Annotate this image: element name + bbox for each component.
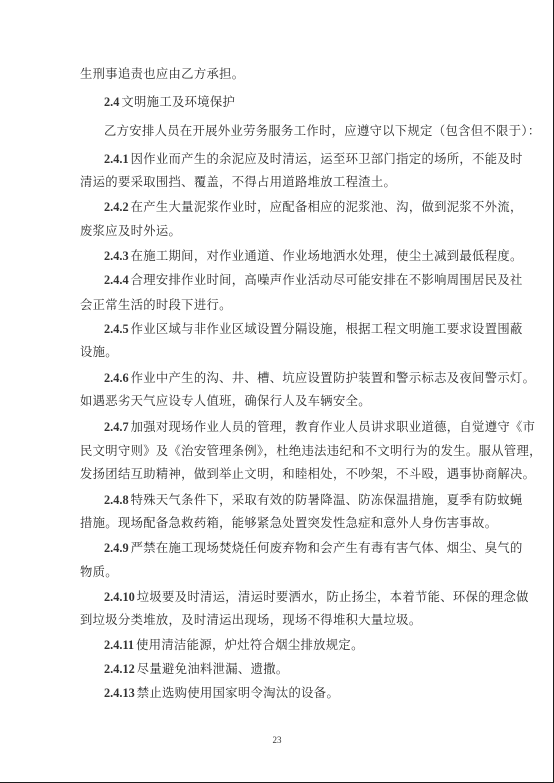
text-line: 发扬团结互助精神，做到举止文明，和睦相处，不吵架，不斗殴，遇事协商解决。 <box>80 466 474 482</box>
line-text: 加强对现场作业人员的管理，教育作业人员讲求职业道德，自觉遵守《市 <box>131 420 536 434</box>
text-line: 会正常生活的时段下进行。 <box>80 297 474 313</box>
text-line: 废浆应及时外运。 <box>80 223 474 239</box>
line-text: 措施。现场配备急救药箱，能够紧急处置突发性急症和意外人身伤害事故。 <box>80 516 497 530</box>
text-line: 清运的要采取围挡、覆盖，不得占用道路堆放工程渣土。 <box>80 174 474 190</box>
clause-number: 2.4.2 <box>104 200 129 214</box>
clause-number: 2.4 <box>104 95 119 109</box>
line-text: 合理安排作业时间，高噪声作业活动尽可能安排在不影响周围居民及社 <box>131 273 523 287</box>
clause-number: 2.4.11 <box>104 638 134 652</box>
clause-number: 2.4.4 <box>104 273 129 287</box>
line-text: 使用清洁能源，炉灶符合烟尘排放规定。 <box>136 638 364 652</box>
clause-line: 2.4.6作业中产生的沟、井、槽、坑应设置防护装置和警示标志及夜间警示灯。 <box>104 370 474 386</box>
clause-line: 2.4.3在施工期间，对作业通道、作业场地洒水处理，使尘土减到最低程度。 <box>104 248 474 264</box>
text-line: 生刑事追责也应由乙方承担。 <box>80 66 474 82</box>
clause-line: 2.4文明施工及环境保护 <box>104 94 474 110</box>
text-line: 措施。现场配备急救药箱，能够紧急处置突发性急症和意外人身伤害事故。 <box>80 515 474 531</box>
clause-line: 2.4.11使用清洁能源，炉灶符合烟尘排放规定。 <box>104 637 474 653</box>
line-text: 特殊天气条件下，采取有效的防暑降温、防冻保温措施，夏季有防蚊蝇 <box>131 493 523 507</box>
text-line: 设施。 <box>80 344 474 360</box>
line-text: 清运的要采取围挡、覆盖，不得占用道路堆放工程渣土。 <box>80 175 396 189</box>
line-text: 垃圾要及时清运，清运时要洒水，防止扬尘，本着节能、环保的理念做 <box>137 590 529 604</box>
line-text: 作业区域与非作业区域设置分隔设施，根据工程文明施工要求设置围蔽 <box>131 322 523 336</box>
clause-number: 2.4.8 <box>104 493 129 507</box>
line-text: 生刑事追责也应由乙方承担。 <box>80 67 244 81</box>
line-text: 废浆应及时外运。 <box>80 224 181 238</box>
line-text: 作业中产生的沟、井、槽、坑应设置防护装置和警示标志及夜间警示灯。 <box>131 371 536 385</box>
clause-line: 2.4.5作业区域与非作业区域设置分隔设施，根据工程文明施工要求设置围蔽 <box>104 321 474 337</box>
clause-line: 2.4.13禁止选购使用国家明令淘汰的设备。 <box>104 685 474 701</box>
line-text: 如遇恶劣天气应设专人值班，确保行人及车辆安全。 <box>80 394 371 408</box>
clause-line: 2.4.8特殊天气条件下，采取有效的防暑降温、防冻保温措施，夏季有防蚊蝇 <box>104 492 474 508</box>
line-text: 尽量避免油料泄漏、遗撒。 <box>137 662 289 676</box>
clause-line: 2.4.9严禁在施工现场焚烧任何废弃物和会产生有毒有害气体、烟尘、臭气的 <box>104 540 474 556</box>
clause-line: 2.4.10垃圾要及时清运，清运时要洒水，防止扬尘，本着节能、环保的理念做 <box>104 589 474 605</box>
line-text: 会正常生活的时段下进行。 <box>80 298 232 312</box>
clause-number: 2.4.6 <box>104 371 129 385</box>
clause-line: 2.4.2在产生大量泥浆作业时，应配备相应的泥浆池、沟，做到泥浆不外流， <box>104 199 474 215</box>
clause-number: 2.4.3 <box>104 249 129 263</box>
text-line: 到垃圾分类堆放，及时清运出现场，现场不得堆积大量垃圾。 <box>80 612 474 628</box>
clause-number: 2.4.13 <box>104 686 135 700</box>
text-line: 乙方安排人员在开展外业劳务服务工作时，应遵守以下规定（包含但不限于）： <box>104 123 474 139</box>
clause-number: 2.4.5 <box>104 322 129 336</box>
clause-line: 2.4.4合理安排作业时间，高噪声作业活动尽可能安排在不影响周围居民及社 <box>104 272 474 288</box>
text-line: 如遇恶劣天气应设专人值班，确保行人及车辆安全。 <box>80 393 474 409</box>
text-line: 物质。 <box>80 564 474 580</box>
line-text: 禁止选购使用国家明令淘汰的设备。 <box>137 686 339 700</box>
document-page: 生刑事追责也应由乙方承担。2.4文明施工及环境保护乙方安排人员在开展外业劳务服务… <box>0 0 554 783</box>
clause-number: 2.4.1 <box>104 152 129 166</box>
clause-line: 2.4.12尽量避免油料泄漏、遗撒。 <box>104 661 474 677</box>
clause-line: 2.4.7加强对现场作业人员的管理，教育作业人员讲求职业道德，自觉遵守《市 <box>104 419 474 435</box>
text-line: 民文明守则》及《治安管理条例》，杜绝违法违纪和不文明行为的发生。服从管理， <box>80 443 474 459</box>
line-text: 物质。 <box>80 565 118 579</box>
line-text: 设施。 <box>80 345 118 359</box>
clause-number: 2.4.12 <box>104 662 135 676</box>
line-text: 文明施工及环境保护 <box>121 95 235 109</box>
line-text: 严禁在施工现场焚烧任何废弃物和会产生有毒有害气体、烟尘、臭气的 <box>131 541 523 555</box>
clause-number: 2.4.9 <box>104 541 129 555</box>
line-text: 在施工期间，对作业通道、作业场地洒水处理，使尘土减到最低程度。 <box>131 249 523 263</box>
clause-line: 2.4.1因作业而产生的余泥应及时清运，运至环卫部门指定的场所，不能及时 <box>104 151 474 167</box>
clause-number: 2.4.10 <box>104 590 135 604</box>
line-text: 民文明守则》及《治安管理条例》，杜绝违法违纪和不文明行为的发生。服从管理， <box>80 444 542 458</box>
line-text: 因作业而产生的余泥应及时清运，运至环卫部门指定的场所，不能及时 <box>131 152 523 166</box>
page-number: 23 <box>262 735 292 745</box>
line-text: 到垃圾分类堆放，及时清运出现场，现场不得堆积大量垃圾。 <box>80 613 421 627</box>
clause-number: 2.4.7 <box>104 420 129 434</box>
line-text: 在产生大量泥浆作业时，应配备相应的泥浆池、沟，做到泥浆不外流， <box>131 200 523 214</box>
line-text: 发扬团结互助精神，做到举止文明，和睦相处，不吵架，不斗殴，遇事协商解决。 <box>80 467 535 481</box>
line-text: 乙方安排人员在开展外业劳务服务工作时，应遵守以下规定（包含但不限于）： <box>104 124 541 138</box>
